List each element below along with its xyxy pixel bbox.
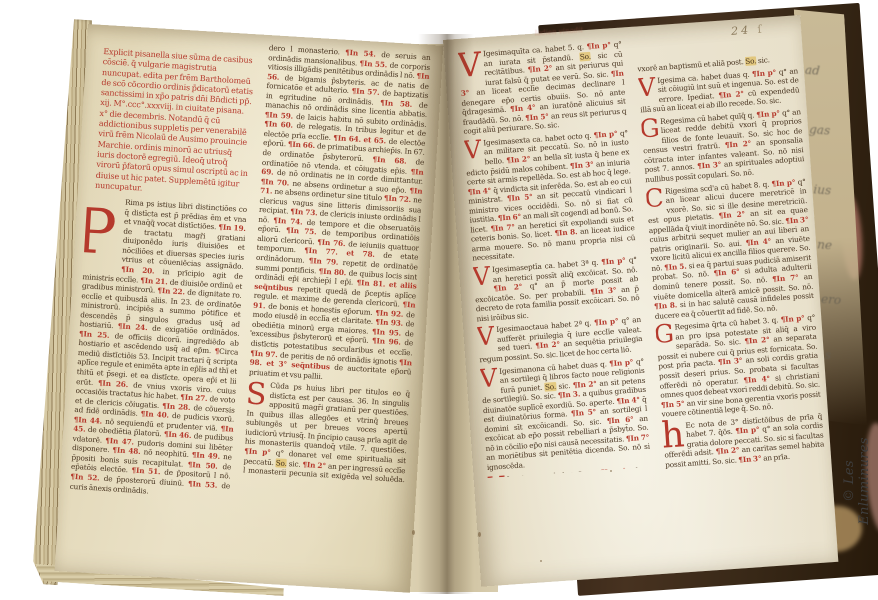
right-page-column-1: VIgesimaquīta ca. habet 5. q. ¶In p° q° … [458, 40, 651, 478]
left-page-column-1: /Explicit pisanella siue sūma de casibus… [69, 47, 256, 504]
body-text: Ec nota de 3° distīctōibus de prīa q̄ ha… [664, 411, 824, 469]
rubric-colophon: /Explicit pisanella siue sūma de casibus… [95, 47, 257, 200]
drop-cap-G: G [639, 118, 659, 138]
body-text: Regesima q̄rta cū habet 3. q. ¶In p° q° … [657, 313, 821, 419]
text-paragraph: SCūda ps huius libri per titulos eo q̄ d… [243, 380, 410, 485]
folio-number: 24 ſ [731, 23, 765, 38]
speck [250, 330, 252, 332]
folio-number-text: 24 [731, 24, 752, 38]
text-paragraph: VIgesimanona cū habet duas q. ¶In p° q° … [480, 356, 651, 472]
drop-cap-V: V [486, 475, 506, 478]
drop-cap-V: V [458, 50, 483, 80]
left-page-column-2: dero l monasterio. ¶In 54. de seruis an … [243, 43, 431, 484]
left-page-group: /Explicit pisanella siue sūma de casibus… [55, 24, 444, 590]
right-page: 24 ſ ladien vinadit VIgesimaquīta ca. ha… [443, 15, 838, 587]
text-paragraph: GRegesima q̄rta cū habet 3. q. ¶In p° q°… [655, 313, 821, 419]
drop-cap-V: V [637, 77, 656, 97]
ghost-writing: ne [817, 237, 833, 252]
drop-cap-G: G [653, 324, 673, 344]
drop-cap-C: C [644, 188, 664, 208]
ghost-writing: ad [805, 63, 821, 78]
manuscript-photo: /Explicit pisanella siue sūma de casibus… [0, 0, 878, 600]
body-text: Igesima ca. habet duas q. ¶In p° q° an s… [640, 66, 800, 115]
body-text: dero l monasterio. ¶In 54. de seruis an … [249, 43, 431, 380]
text-paragraph: dero l monasterio. ¶In 54. de seruis an … [249, 43, 431, 386]
body-text: Igesimanona cū habet duas q. ¶In p° q° a… [482, 356, 650, 472]
speck [610, 470, 612, 472]
speck [412, 530, 415, 535]
drop-cap-V: V [471, 266, 491, 286]
ghost-writing: ero [821, 292, 842, 307]
text-paragraph: VIgesimaseptīa ca. habet 3ª q. ¶In p° q°… [473, 255, 641, 324]
margin-tick: / [92, 48, 96, 58]
rubric-text: Explicit pisanella siue sūma de casibus … [95, 47, 253, 192]
body-text: Regesima cū habet quīq̄ q. ¶In p° q° an … [643, 107, 805, 184]
text-paragraph: GRegesima cū habet quīq̄ q. ¶In p° q° an… [641, 107, 805, 185]
drop-cap-V: V [475, 326, 495, 346]
body-text: Cūda ps huius libri per titulos eo q̄ di… [243, 381, 410, 484]
ghost-writing: s [824, 348, 831, 362]
drop-cap-P: P [69, 198, 122, 267]
body-text: Igesimaseptīa ca. habet 3ª q. ¶In p° q° … [475, 255, 640, 323]
text-paragraph: PRima ps istius libri distinctiōes co q̄… [69, 195, 247, 500]
ghost-writing: ius [813, 182, 832, 197]
body-text: Igesimaoctaua habet 2ª q. ¶In p° q° an a… [479, 315, 643, 364]
text-paragraph: VIgesimasexta ca. habet octo q. ¶In p° q… [464, 128, 636, 263]
text-paragraph: CRigesima scd'a cū habet 8. q. ¶In p° q°… [646, 177, 815, 321]
text-paragraph: VIgesimaquīta ca. habet 5. q. ¶In p° q° … [458, 40, 628, 137]
copyright-watermark: © Les Enluminures [842, 419, 872, 543]
drop-cap-h: h [660, 421, 685, 451]
drop-cap-V: V [462, 140, 482, 160]
folio-mark: ſ [757, 23, 765, 36]
drop-cap-S: S [244, 380, 269, 408]
speck [478, 532, 481, 537]
right-page-column-2: vxorē an baptismū et aliā post. So. sic.… [637, 53, 827, 493]
ghost-writing: gas [809, 122, 831, 137]
speck [700, 390, 702, 392]
drop-cap-V: V [478, 368, 498, 388]
right-page-group: ad gas ius ne ero s 24 ſ ladien vinadit … [443, 15, 838, 587]
text-paragraph: hEc nota de 3° distīctōibus de prīa q̄ h… [662, 411, 825, 470]
speck [540, 560, 542, 562]
body-text: Rigesima scd'a cū habet 8. q. ¶In p° q° … [648, 177, 814, 321]
body-text: Igesimasexta ca. habet octo q. ¶In p° q°… [466, 128, 636, 263]
body-text: Igesimaquīta ca. habet 5. q. ¶In p° q° a… [460, 40, 626, 137]
left-page: /Explicit pisanella siue sūma de casibus… [55, 24, 444, 593]
